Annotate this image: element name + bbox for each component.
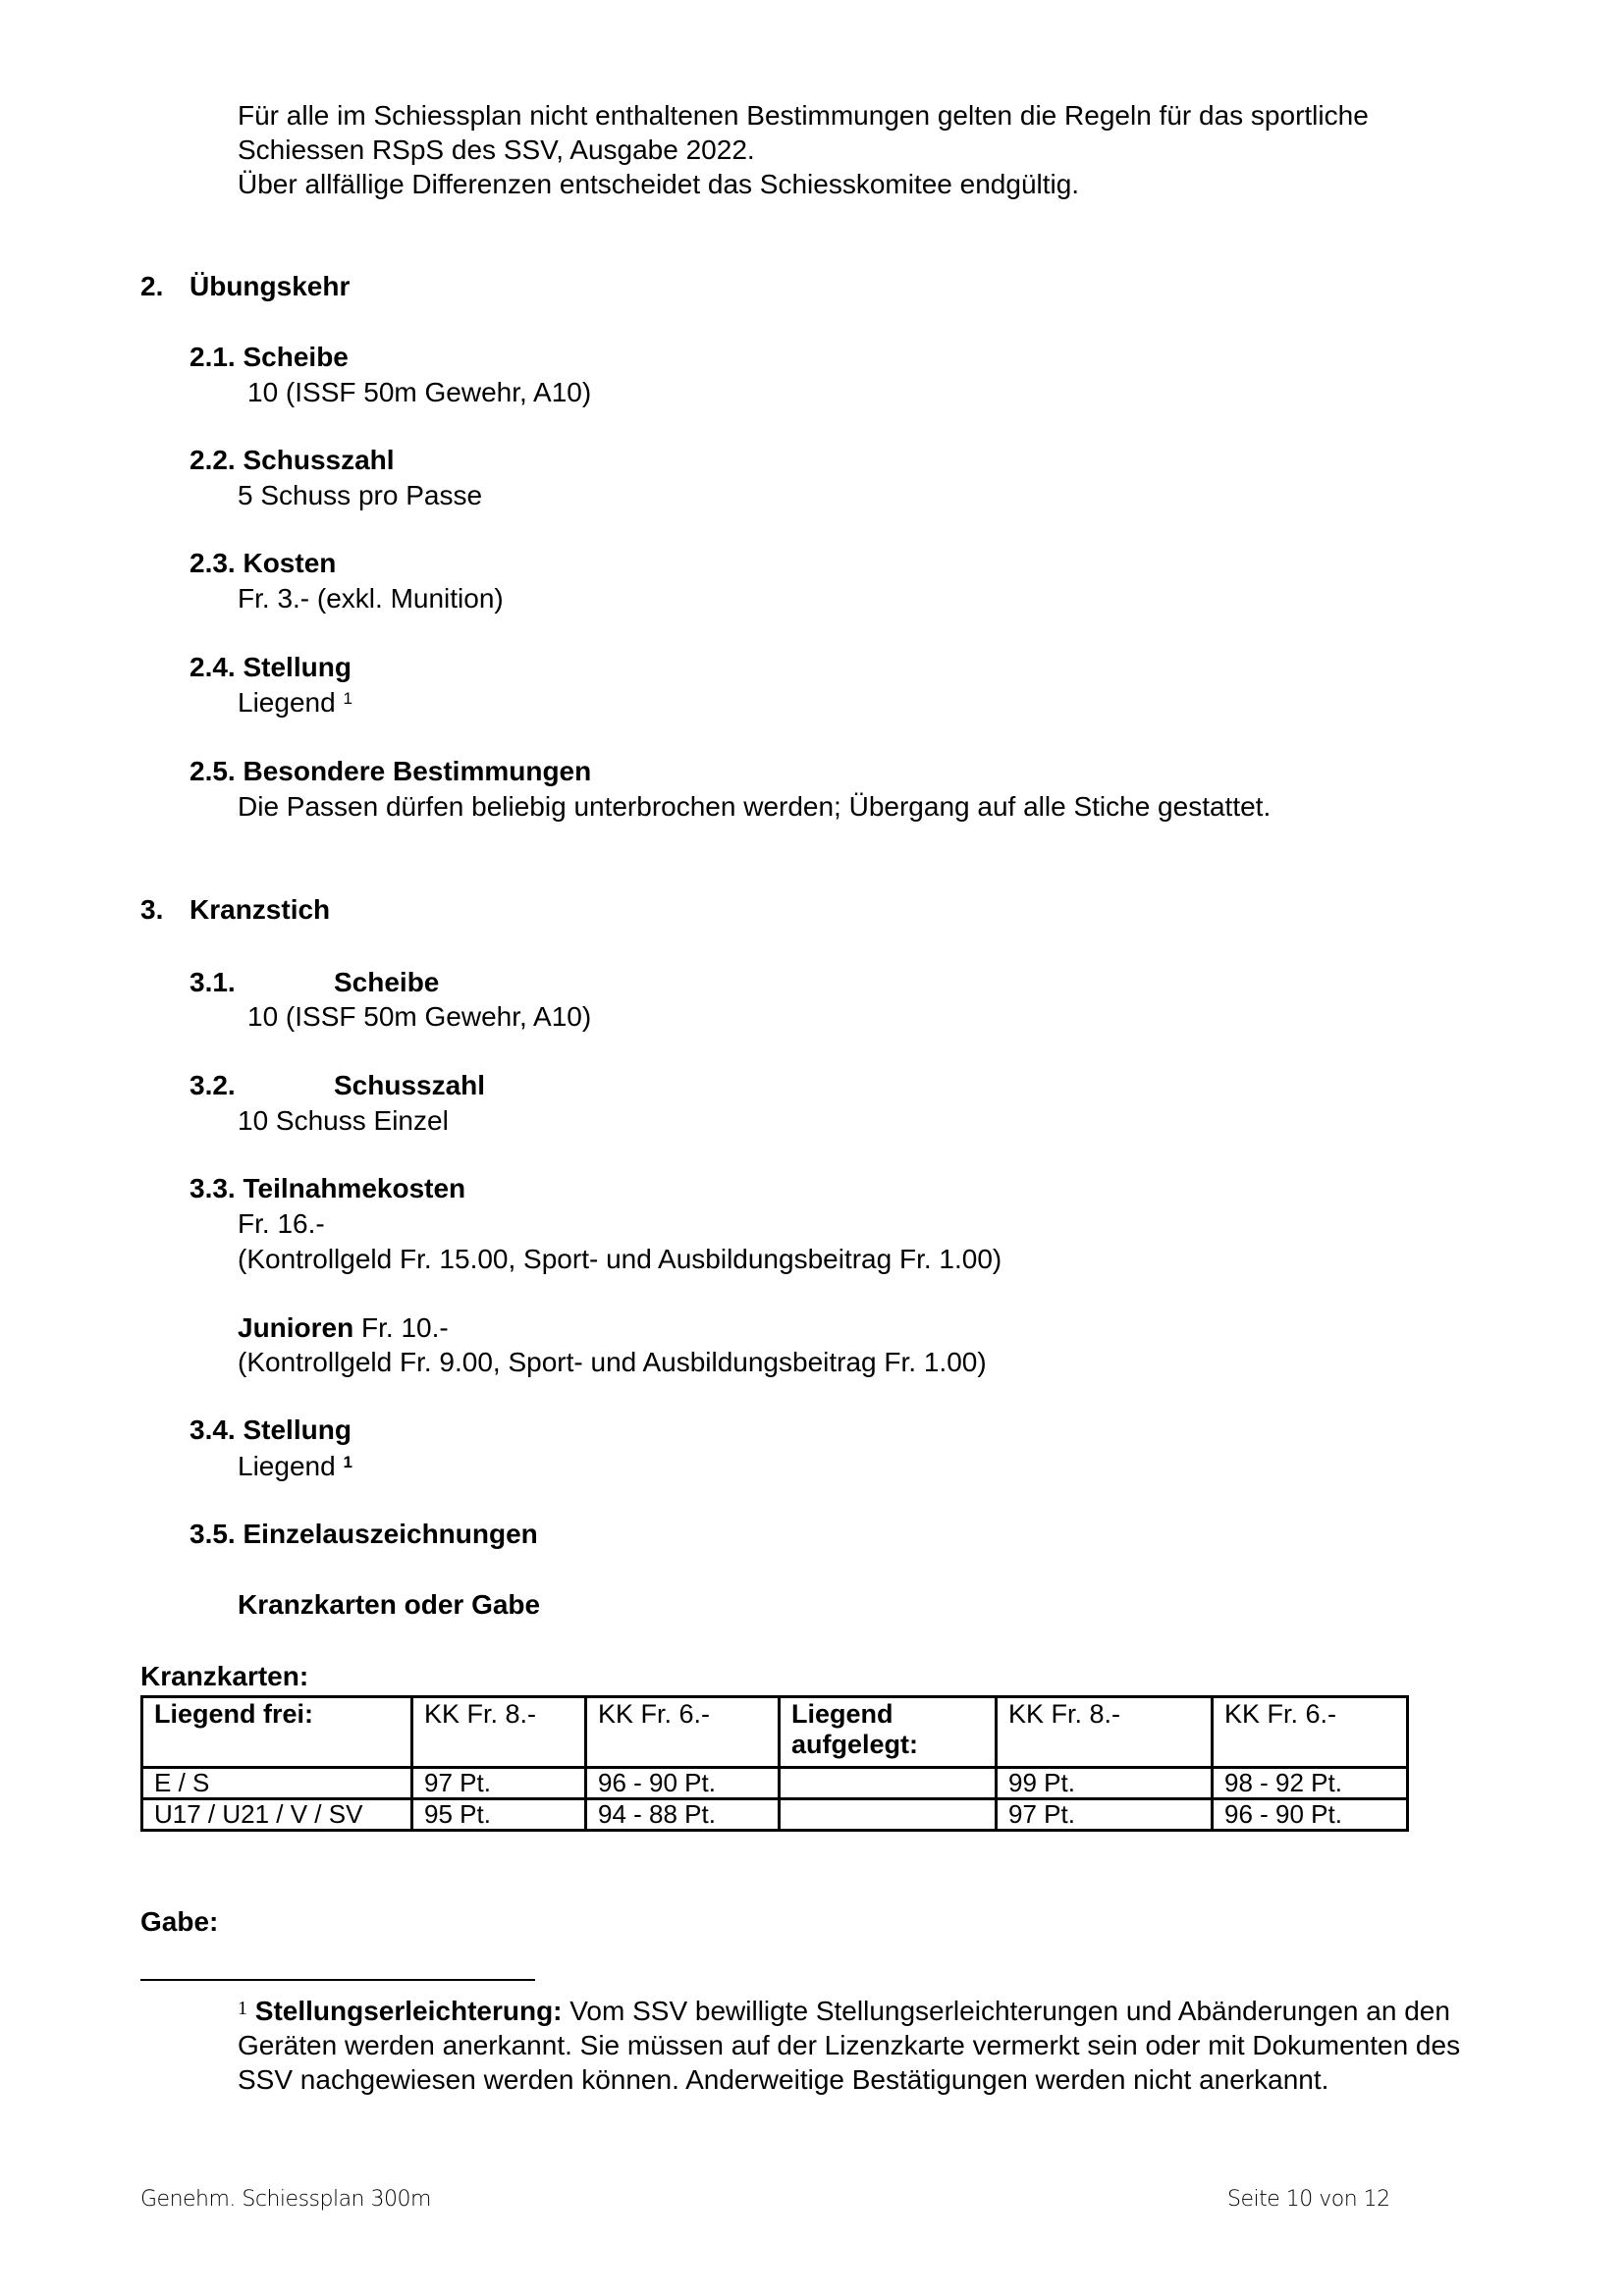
section-3-2-text: 10 Schuss Einzel xyxy=(238,1103,449,1138)
section-3-1-title: Scheibe xyxy=(334,967,439,998)
section-2-5-heading: 2.5. Besondere Bestimmungen xyxy=(189,756,591,787)
section-3-3-juniors: Junioren Fr. 10.- xyxy=(238,1310,449,1345)
table-cell xyxy=(780,1768,997,1799)
section-2-2-title: Schusszahl xyxy=(243,445,394,475)
section-2-5-title: Besondere Bestimmungen xyxy=(243,756,591,786)
section-2-2-text: 5 Schuss pro Passe xyxy=(238,478,482,512)
section-2-5-text: Die Passen dürfen beliebig unterbrochen … xyxy=(238,789,1271,824)
section-3-1-number: 3.1. xyxy=(189,967,236,998)
section-3-4-text: Liegend 1 xyxy=(238,1449,352,1483)
footnote-ref[interactable]: 1 xyxy=(343,689,352,708)
table-cell: 97 Pt. xyxy=(997,1799,1213,1831)
section-2-3-text: Fr. 3.- (exkl. Munition) xyxy=(238,581,504,615)
table-cell: 94 - 88 Pt. xyxy=(586,1799,780,1831)
table-cell: E / S xyxy=(142,1768,412,1799)
intro-line-2: Schiessen RSpS des SSV, Ausgabe 2022. xyxy=(238,133,755,167)
section-3-5-number: 3.5. xyxy=(189,1519,236,1549)
table-cell: 96 - 90 Pt. xyxy=(1213,1799,1408,1831)
section-2-5-number: 2.5. xyxy=(189,756,236,786)
section-2-title: Übungskehr xyxy=(189,271,350,302)
table-header-cell: KK Fr. 8.- xyxy=(412,1697,586,1768)
table-header-cell: KK Fr. 6.- xyxy=(1213,1697,1408,1768)
section-2-4-text: Liegend 1 xyxy=(238,685,352,720)
table-header-row: Liegend frei: KK Fr. 8.- KK Fr. 6.- Lieg… xyxy=(142,1697,1408,1768)
intro-line-1: Für alle im Schiessplan nicht enthaltene… xyxy=(238,98,1369,133)
section-3-2-title: Schusszahl xyxy=(334,1070,485,1101)
section-3-4-value: Liegend xyxy=(238,1451,336,1481)
section-2-3-heading: 2.3. Kosten xyxy=(189,548,336,579)
footer-document-title: Genehm. Schiessplan 300m xyxy=(140,2187,431,2212)
section-2-4-value: Liegend xyxy=(238,687,336,718)
section-2-4-heading: 2.4. Stellung xyxy=(189,652,352,683)
table-header-cell: Liegend frei: xyxy=(142,1697,412,1768)
table-row: U17 / U21 / V / SV 95 Pt. 94 - 88 Pt. 97… xyxy=(142,1799,1408,1831)
section-3-3-title: Teilnahmekosten xyxy=(243,1173,465,1203)
table-header-cell: KK Fr. 8.- xyxy=(997,1697,1213,1768)
table-cell: 99 Pt. xyxy=(997,1768,1213,1799)
section-3-3-juniors-detail: (Kontrollgeld Fr. 9.00, Sport- und Ausbi… xyxy=(238,1345,987,1379)
footnote-term: Stellungserleichterung: xyxy=(255,1996,563,2026)
table-cell xyxy=(780,1799,997,1831)
footnote-separator xyxy=(140,1979,535,1981)
section-3-3-price: Fr. 16.- xyxy=(238,1206,325,1241)
table-header-cell: KK Fr. 6.- xyxy=(586,1697,780,1768)
section-2-4-title: Stellung xyxy=(243,652,351,682)
section-3-1-text: 10 (ISSF 50m Gewehr, A10) xyxy=(247,999,591,1034)
footer-page-number: Seite 10 von 12 xyxy=(1227,2187,1390,2212)
section-2-1-number: 2.1. xyxy=(189,342,236,372)
section-3-4-heading: 3.4. Stellung xyxy=(189,1415,352,1446)
section-3-title: Kranzstich xyxy=(189,894,330,926)
table-row: E / S 97 Pt. 96 - 90 Pt. 99 Pt. 98 - 92 … xyxy=(142,1768,1408,1799)
intro-line-3: Über allfällige Differenzen entscheidet … xyxy=(238,167,1079,201)
section-3-3-detail: (Kontrollgeld Fr. 15.00, Sport- und Ausb… xyxy=(238,1242,1001,1276)
section-2-3-number: 2.3. xyxy=(189,548,236,578)
section-2-1-text: 10 (ISSF 50m Gewehr, A10) xyxy=(247,375,591,409)
juniors-label: Junioren xyxy=(238,1312,353,1343)
table-cell: 95 Pt. xyxy=(412,1799,586,1831)
award-subtitle: Kranzkarten oder Gabe xyxy=(238,1589,540,1621)
section-3-3-number: 3.3. xyxy=(189,1173,236,1203)
table-cell: 98 - 92 Pt. xyxy=(1213,1768,1408,1799)
footnote-ref[interactable]: 1 xyxy=(343,1453,352,1471)
juniors-price: Fr. 10.- xyxy=(353,1312,448,1343)
section-2-1-title: Scheibe xyxy=(243,342,348,372)
section-3-5-title: Einzelauszeichnungen xyxy=(243,1519,537,1549)
section-3-number: 3. xyxy=(140,894,163,926)
section-3-3-heading: 3.3. Teilnahmekosten xyxy=(189,1173,465,1204)
section-2-3-title: Kosten xyxy=(243,548,336,578)
section-2-1-heading: 2.1. Scheibe xyxy=(189,342,349,373)
kranzkarten-table: Liegend frei: KK Fr. 8.- KK Fr. 6.- Lieg… xyxy=(140,1695,1409,1832)
gabe-label: Gabe: xyxy=(140,1906,218,1938)
section-2-2-heading: 2.2. Schusszahl xyxy=(189,445,395,476)
section-2-4-number: 2.4. xyxy=(189,652,236,682)
section-2-2-number: 2.2. xyxy=(189,445,236,475)
kranzkarten-label: Kranzkarten: xyxy=(140,1659,308,1693)
footnote: 1 Stellungserleichterung: Vom SSV bewill… xyxy=(238,1994,1494,2097)
table-header-cell: Liegend aufgelegt: xyxy=(780,1697,997,1768)
section-2-number: 2. xyxy=(140,271,163,302)
table-cell: 97 Pt. xyxy=(412,1768,586,1799)
table-cell: 96 - 90 Pt. xyxy=(586,1768,780,1799)
footnote-number: 1 xyxy=(238,1998,247,2019)
section-3-2-number: 3.2. xyxy=(189,1070,236,1101)
section-3-4-title: Stellung xyxy=(243,1415,351,1445)
table-cell: U17 / U21 / V / SV xyxy=(142,1799,412,1831)
section-3-5-heading: 3.5. Einzelauszeichnungen xyxy=(189,1519,538,1550)
section-3-4-number: 3.4. xyxy=(189,1415,236,1445)
